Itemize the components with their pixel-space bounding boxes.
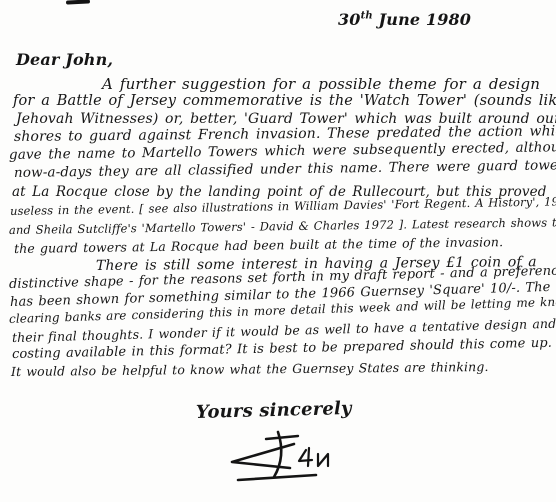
handwritten-letter-page: 30th June 1980 Dear John, A further sugg… <box>0 0 556 502</box>
salutation: Dear John, <box>16 50 113 69</box>
closing-valediction: Yours sincerely <box>196 398 352 423</box>
date-suffix: th <box>361 11 373 22</box>
signature <box>222 430 342 494</box>
stray-ink-mark <box>66 0 90 5</box>
letter-line: A further suggestion for a possible them… <box>102 75 540 93</box>
letter-line: for a Battle of Jersey commemorative is … <box>13 93 556 109</box>
letter-date: 30th June 1980 <box>338 10 471 29</box>
letter-line: the guard towers at La Rocque had been b… <box>14 234 503 256</box>
signature-glyph <box>222 430 342 490</box>
date-day: 30 <box>338 10 361 29</box>
letter-line: It would also be helpful to know what th… <box>11 359 489 379</box>
date-rest: June 1980 <box>373 10 471 29</box>
